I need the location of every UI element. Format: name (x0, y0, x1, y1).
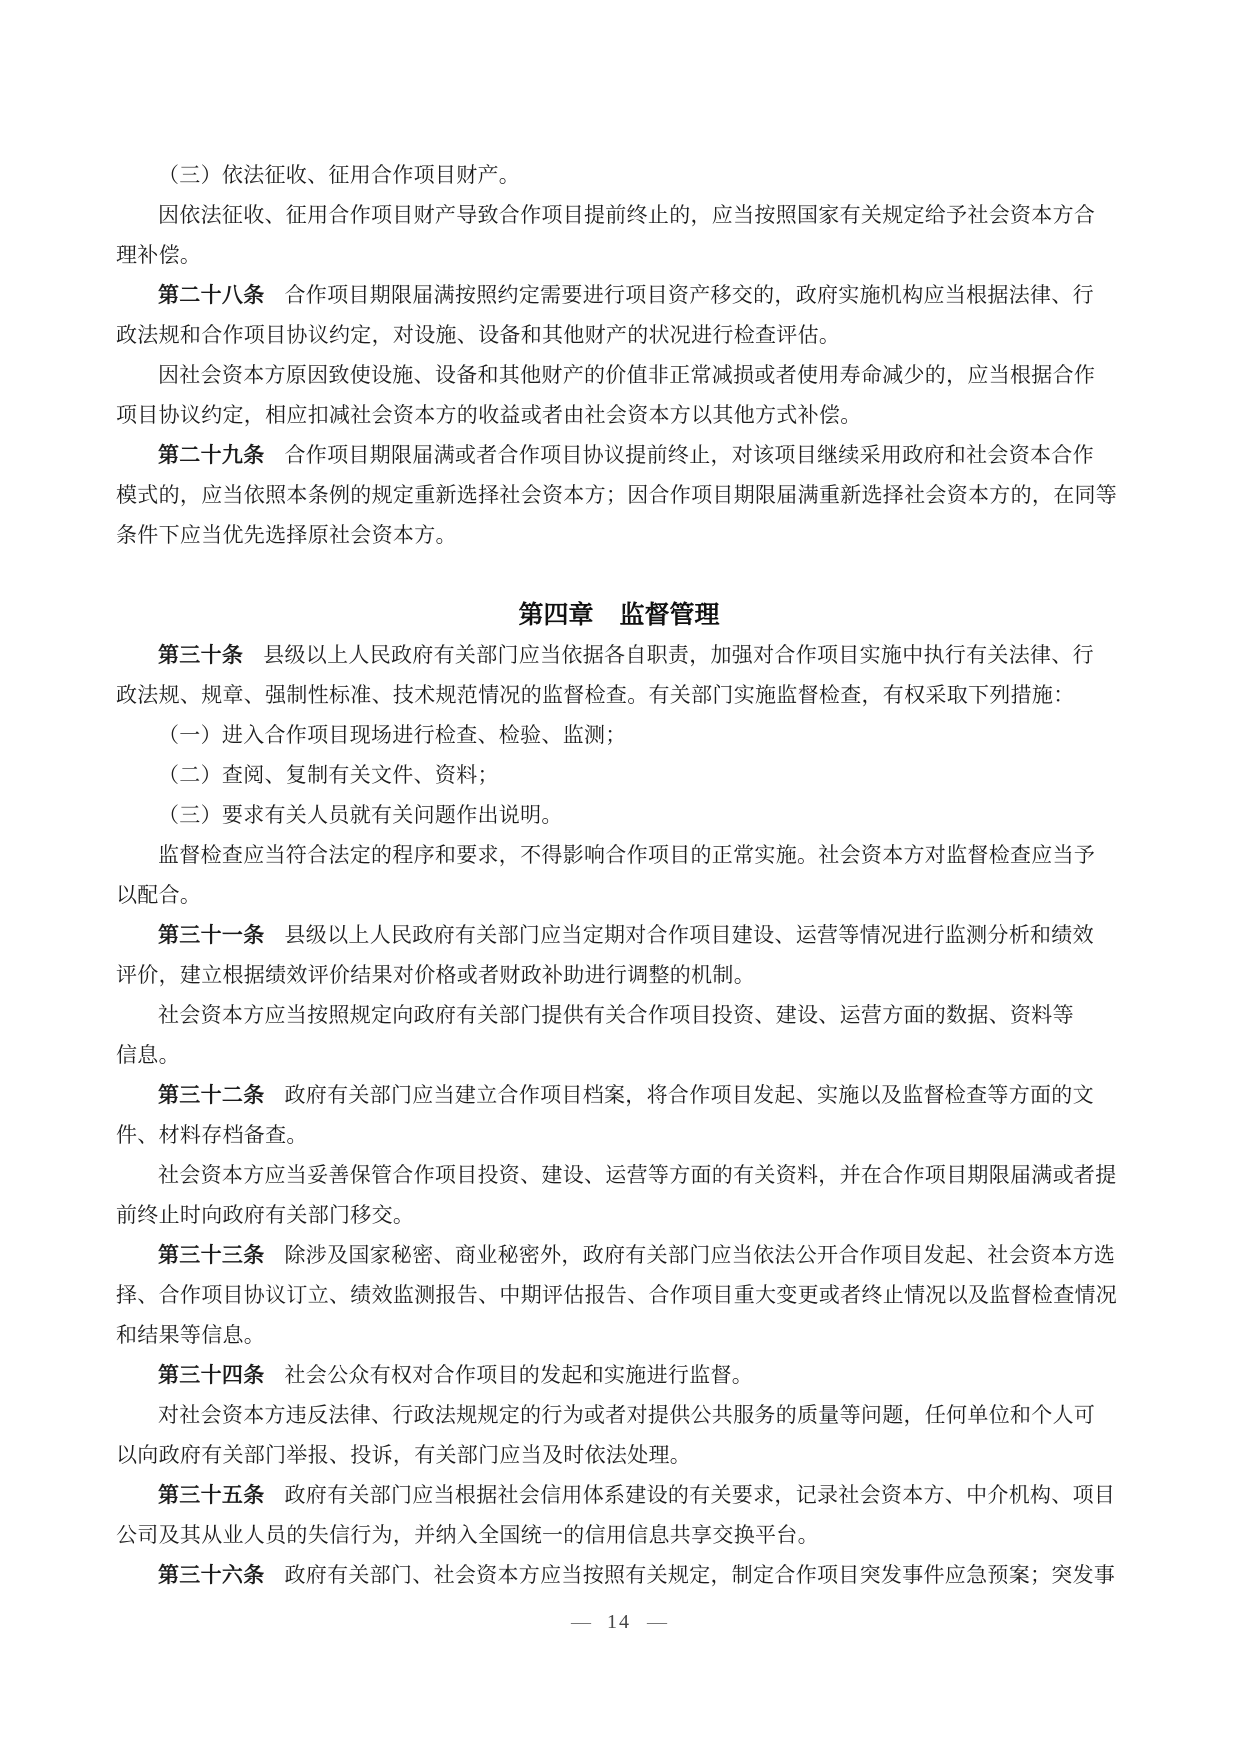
page-footer: —14— (116, 1606, 1122, 1638)
text-line: 政法规和合作项目协议约定，对设施、设备和其他财产的状况进行检查评估。 (116, 315, 1122, 355)
paragraph-first-line: 第三十一条县级以上人民政府有关部门应当定期对合作项目建设、运营等情况进行监测分析… (116, 915, 1122, 955)
paragraph-first-line: 社会资本方应当妥善保管合作项目投资、建设、运营等方面的有关资料，并在合作项目期限… (116, 1155, 1122, 1195)
article-number: 第三十二条 (158, 1084, 265, 1107)
text-line: 以配合。 (116, 875, 1122, 915)
paragraph-first-line: 第三十二条政府有关部门应当建立合作项目档案，将合作项目发起、实施以及监督检查等方… (116, 1075, 1122, 1115)
text-line: 政法规、规章、强制性标准、技术规范情况的监督检查。有关部门实施监督检查，有权采取… (116, 675, 1122, 715)
paragraph-first-line: 社会资本方应当按照规定向政府有关部门提供有关合作项目投资、建设、运营方面的数据、… (116, 995, 1122, 1035)
article-number: 第三十一条 (158, 924, 265, 947)
text-line: 项目协议约定，相应扣减社会资本方的收益或者由社会资本方以其他方式补偿。 (116, 395, 1122, 435)
paragraph-first-line: 第三十六条政府有关部门、社会资本方应当按照有关规定，制定合作项目突发事件应急预案… (116, 1555, 1122, 1595)
text-line: 择、合作项目协议订立、绩效监测报告、中期评估报告、合作项目重大变更或者终止情况以… (116, 1275, 1122, 1315)
paragraph-first-line: 第二十九条合作项目期限届满或者合作项目协议提前终止，对该项目继续采用政府和社会资… (116, 435, 1122, 475)
paragraph-first-line: 对社会资本方违反法律、行政法规规定的行为或者对提供公共服务的质量等问题，任何单位… (116, 1395, 1122, 1435)
paragraph-first-line: （三）要求有关人员就有关问题作出说明。 (116, 795, 1122, 835)
paragraph-first-line: （三）依法征收、征用合作项目财产。 (116, 155, 1122, 195)
chapter-number: 第四章 (518, 601, 593, 629)
article-number: 第三十条 (158, 644, 243, 667)
article-number: 第三十五条 (158, 1484, 265, 1507)
paragraph-first-line: 第三十条县级以上人民政府有关部门应当依据各自职责，加强对合作项目实施中执行有关法… (116, 635, 1122, 675)
text-line: 件、材料存档备查。 (116, 1115, 1122, 1155)
paragraph-first-line: 因依法征收、征用合作项目财产导致合作项目提前终止的，应当按照国家有关规定给予社会… (116, 195, 1122, 235)
footer-dash-left: — (571, 1611, 591, 1633)
text-line: 和结果等信息。 (116, 1315, 1122, 1355)
paragraph-first-line: （二）查阅、复制有关文件、资料； (116, 755, 1122, 795)
text-line: 理补偿。 (116, 235, 1122, 275)
paragraph-first-line: 监督检查应当符合法定的程序和要求，不得影响合作项目的正常实施。社会资本方对监督检… (116, 835, 1122, 875)
text-line: 条件下应当优先选择原社会资本方。 (116, 515, 1122, 555)
page-number: 14 (607, 1611, 631, 1633)
text-line: 前终止时向政府有关部门移交。 (116, 1195, 1122, 1235)
paragraph-first-line: 第三十五条政府有关部门应当根据社会信用体系建设的有关要求，记录社会资本方、中介机… (116, 1475, 1122, 1515)
footer-dash-right: — (647, 1611, 667, 1633)
chapter-title: 监督管理 (620, 601, 720, 629)
document-page: （三）依法征收、征用合作项目财产。因依法征收、征用合作项目财产导致合作项目提前终… (0, 0, 1241, 1754)
article-number: 第二十八条 (158, 284, 265, 307)
paragraph-first-line: 第三十三条除涉及国家秘密、商业秘密外，政府有关部门应当依法公开合作项目发起、社会… (116, 1235, 1122, 1275)
paragraph-first-line: （一）进入合作项目现场进行检查、检验、监测； (116, 715, 1122, 755)
text-line: 信息。 (116, 1035, 1122, 1075)
paragraph-first-line: 第二十八条合作项目期限届满按照约定需要进行项目资产移交的，政府实施机构应当根据法… (116, 275, 1122, 315)
article-number: 第三十六条 (158, 1564, 265, 1587)
text-line: 评价，建立根据绩效评价结果对价格或者财政补助进行调整的机制。 (116, 955, 1122, 995)
paragraph-first-line: 第三十四条社会公众有权对合作项目的发起和实施进行监督。 (116, 1355, 1122, 1395)
document-content: （三）依法征收、征用合作项目财产。因依法征收、征用合作项目财产导致合作项目提前终… (116, 155, 1122, 1595)
article-number: 第二十九条 (158, 444, 265, 467)
article-number: 第三十四条 (158, 1364, 265, 1387)
chapter-heading: 第四章监督管理 (116, 595, 1122, 635)
text-line: 模式的，应当依照本条例的规定重新选择社会资本方；因合作项目期限届满重新选择社会资… (116, 475, 1122, 515)
text-line: 以向政府有关部门举报、投诉，有关部门应当及时依法处理。 (116, 1435, 1122, 1475)
article-number: 第三十三条 (158, 1244, 265, 1267)
text-line: 公司及其从业人员的失信行为，并纳入全国统一的信用信息共享交换平台。 (116, 1515, 1122, 1555)
paragraph-first-line: 因社会资本方原因致使设施、设备和其他财产的价值非正常减损或者使用寿命减少的，应当… (116, 355, 1122, 395)
